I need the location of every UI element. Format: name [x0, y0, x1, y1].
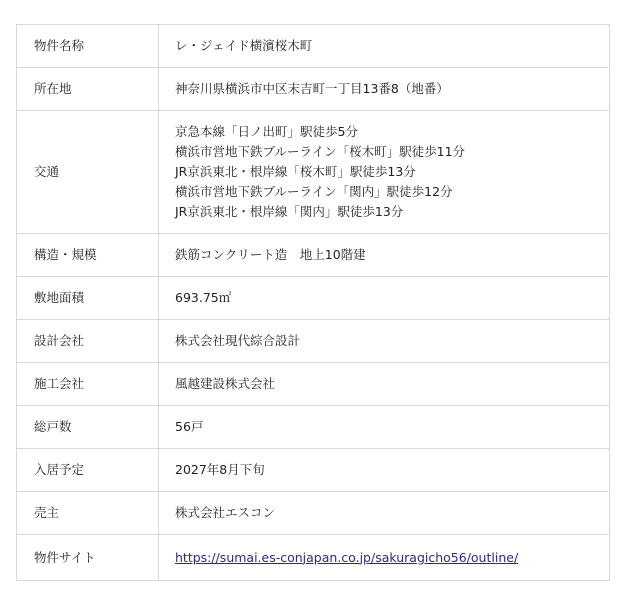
row-label: 総戸数 — [17, 406, 159, 449]
row-value: 株式会社現代綜合設計 — [159, 320, 610, 363]
table-row-seller: 売主 株式会社エスコン — [17, 492, 610, 535]
property-site-link[interactable]: https://sumai.es-conjapan.co.jp/sakuragi… — [175, 550, 518, 565]
row-value: https://sumai.es-conjapan.co.jp/sakuragi… — [159, 535, 610, 581]
row-label: 物件サイト — [17, 535, 159, 581]
row-label: 構造・規模 — [17, 234, 159, 277]
property-spec-table: 物件名称 レ・ジェイド横濱桜木町 所在地 神奈川県横浜市中区末吉町一丁目13番8… — [16, 24, 610, 581]
row-label: 交通 — [17, 111, 159, 234]
row-label: 設計会社 — [17, 320, 159, 363]
table-row-site-area: 敷地面積 693.75㎡ — [17, 277, 610, 320]
access-line: 京急本線「日ノ出町」駅徒歩5分 — [175, 122, 609, 142]
access-line: 横浜市営地下鉄ブルーライン「桜木町」駅徒歩11分 — [175, 142, 609, 162]
row-value: 風越建設株式会社 — [159, 363, 610, 406]
table-row-design-company: 設計会社 株式会社現代綜合設計 — [17, 320, 610, 363]
row-label: 入居予定 — [17, 449, 159, 492]
row-label: 物件名称 — [17, 25, 159, 68]
table-row-access: 交通 京急本線「日ノ出町」駅徒歩5分 横浜市営地下鉄ブルーライン「桜木町」駅徒歩… — [17, 111, 610, 234]
row-label: 敷地面積 — [17, 277, 159, 320]
access-line: JR京浜東北・根岸線「関内」駅徒歩13分 — [175, 202, 609, 222]
row-value: 693.75㎡ — [159, 277, 610, 320]
row-value: 神奈川県横浜市中区末吉町一丁目13番8（地番） — [159, 68, 610, 111]
row-value: 株式会社エスコン — [159, 492, 610, 535]
row-value-access: 京急本線「日ノ出町」駅徒歩5分 横浜市営地下鉄ブルーライン「桜木町」駅徒歩11分… — [159, 111, 610, 234]
row-value: 56戸 — [159, 406, 610, 449]
table-row-total-units: 総戸数 56戸 — [17, 406, 610, 449]
table-row-website: 物件サイト https://sumai.es-conjapan.co.jp/sa… — [17, 535, 610, 581]
table-row-address: 所在地 神奈川県横浜市中区末吉町一丁目13番8（地番） — [17, 68, 610, 111]
row-label: 施工会社 — [17, 363, 159, 406]
access-line: JR京浜東北・根岸線「桜木町」駅徒歩13分 — [175, 162, 609, 182]
row-label: 所在地 — [17, 68, 159, 111]
table-row-structure: 構造・規模 鉄筋コンクリート造 地上10階建 — [17, 234, 610, 277]
row-label: 売主 — [17, 492, 159, 535]
table-row-move-in: 入居予定 2027年8月下旬 — [17, 449, 610, 492]
access-line: 横浜市営地下鉄ブルーライン「関内」駅徒歩12分 — [175, 182, 609, 202]
table-row-property-name: 物件名称 レ・ジェイド横濱桜木町 — [17, 25, 610, 68]
row-value: 2027年8月下旬 — [159, 449, 610, 492]
table-row-construction-company: 施工会社 風越建設株式会社 — [17, 363, 610, 406]
row-value: レ・ジェイド横濱桜木町 — [159, 25, 610, 68]
row-value: 鉄筋コンクリート造 地上10階建 — [159, 234, 610, 277]
